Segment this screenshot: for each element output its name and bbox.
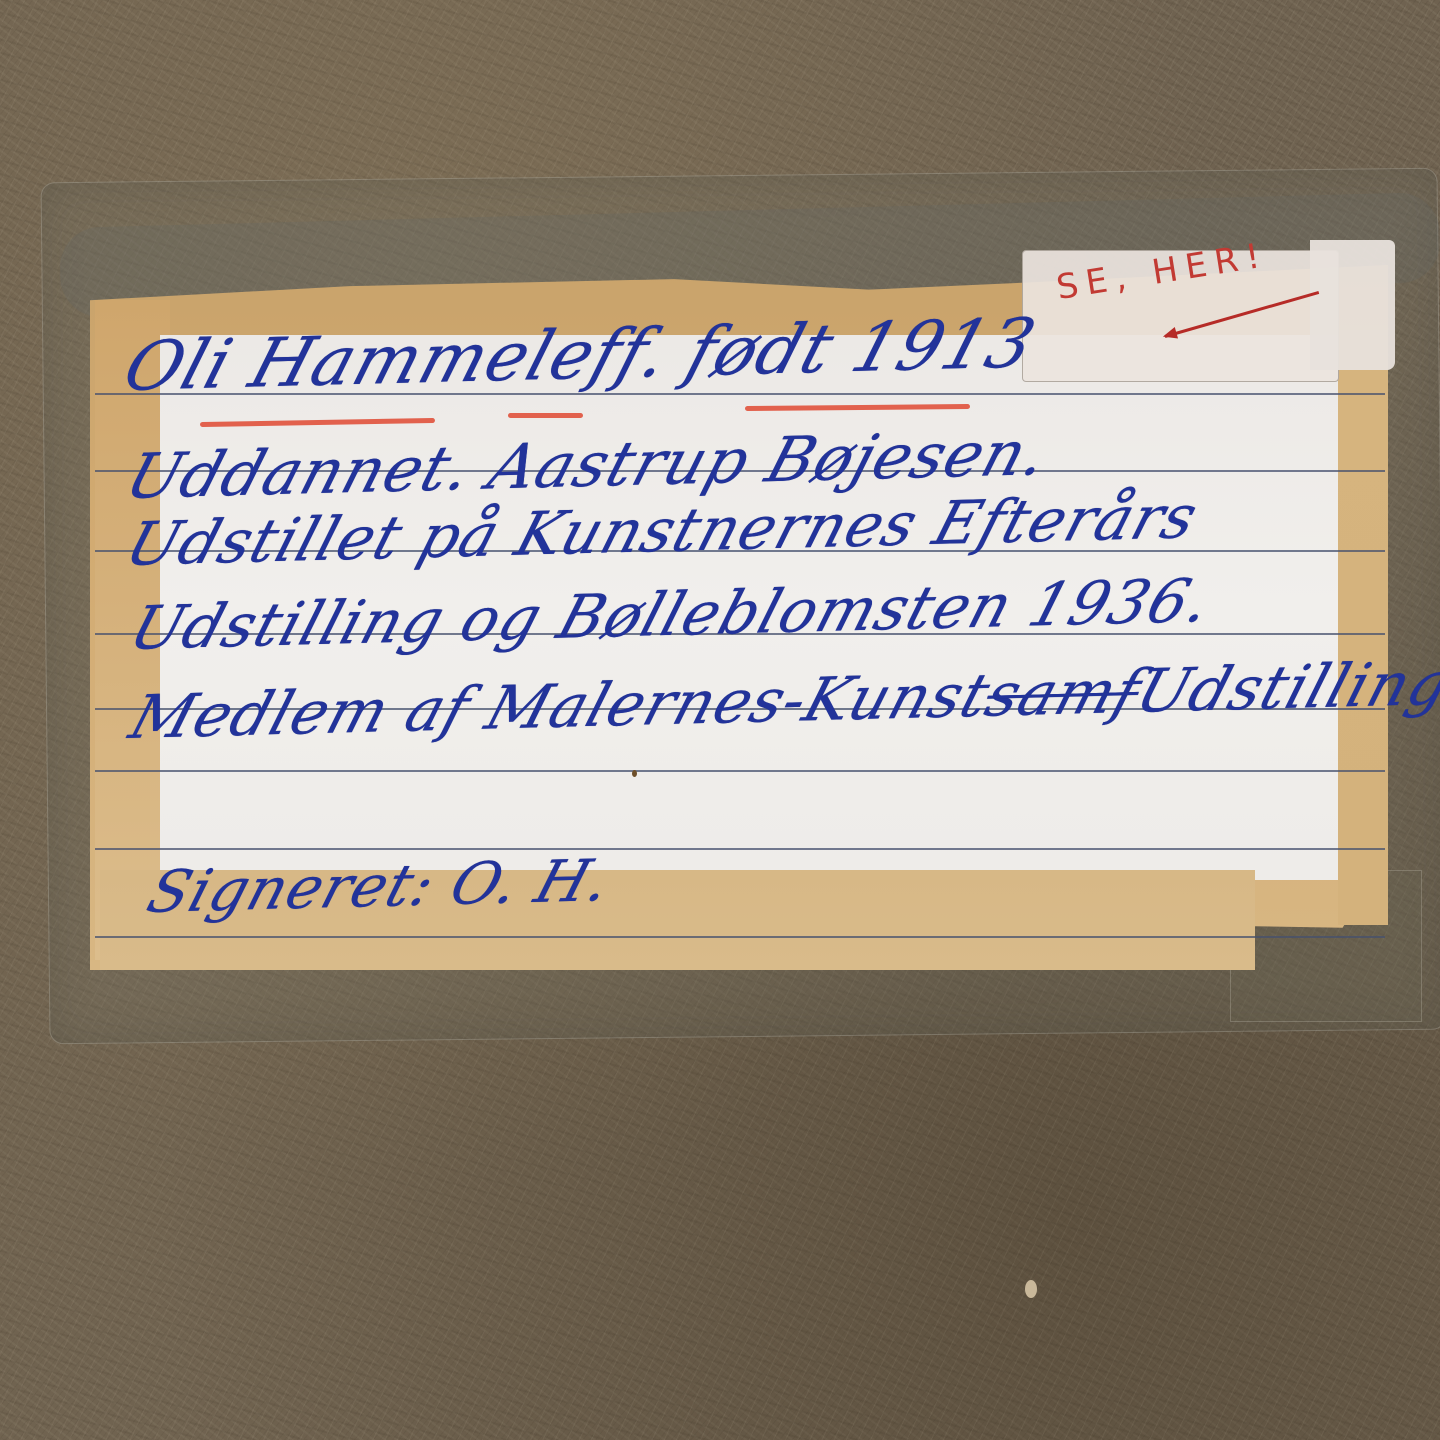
member-text-end: Udstilling bbox=[1128, 649, 1440, 727]
ruled-line bbox=[95, 936, 1385, 938]
sticky-note-tab bbox=[1310, 240, 1395, 370]
label-right-edge bbox=[1338, 330, 1388, 925]
struck-text: samf bbox=[977, 657, 1149, 731]
ruled-line bbox=[95, 770, 1385, 772]
debris bbox=[1025, 1280, 1037, 1298]
label-line-signature: Signeret: O. H. bbox=[140, 846, 619, 926]
ruled-line bbox=[95, 848, 1385, 850]
red-underline bbox=[508, 413, 583, 418]
paper-speck bbox=[632, 770, 637, 777]
